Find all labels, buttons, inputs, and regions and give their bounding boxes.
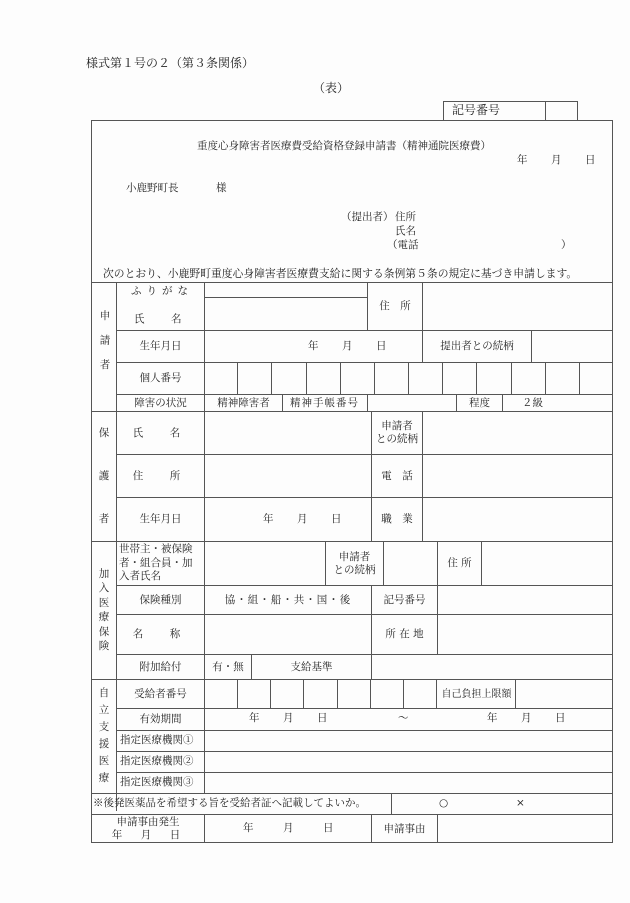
guardian-occupation-field[interactable] [423, 498, 612, 540]
guardian-cat-3: 者 [92, 498, 116, 540]
guardian-address-label: 住 所 [117, 455, 204, 497]
submitter-address-label: 住所 [395, 211, 416, 223]
personal-number-digit[interactable] [272, 362, 306, 394]
relation-to-submitter-field[interactable] [532, 331, 612, 361]
applicant-name-label: 氏 名 [134, 313, 190, 325]
guardian-cat-2: 護 [92, 455, 116, 497]
record-number-field[interactable] [546, 102, 577, 120]
recipient-number-digit[interactable] [404, 679, 437, 708]
guardian-cat-1: 保 [92, 412, 116, 454]
personal-number-digit[interactable] [204, 362, 238, 394]
side-label: （表） [313, 82, 349, 94]
insurance-relation-line2: との続柄 [334, 564, 376, 577]
insurance-address-label: 住 所 [438, 542, 481, 585]
institution-2-field[interactable] [205, 752, 612, 772]
personal-number-digit[interactable] [477, 362, 511, 394]
insurance-cat-char: 険 [99, 639, 110, 654]
form-number: 様式第１号の２（第３条関係） [86, 57, 254, 69]
occurrence-date-field[interactable] [205, 815, 370, 842]
personal-number-digit[interactable] [375, 362, 409, 394]
application-reason-field[interactable] [438, 815, 612, 842]
personal-number-digit[interactable] [580, 362, 613, 394]
header-date-day: 日 [585, 154, 596, 166]
personal-number-digit[interactable] [307, 362, 341, 394]
additional-benefit-label: 附加給付 [117, 655, 204, 679]
header-date-year: 年 [517, 154, 528, 166]
institution-1-field[interactable] [205, 731, 612, 751]
insurance-cat-char: 入 [99, 581, 110, 596]
form-title: 重度心身障害者医療費受給資格登録申請書（精神通院医療費） [197, 140, 491, 152]
application-reason-label: 申請事由 [372, 815, 437, 843]
guardian-occupation-label: 職 業 [372, 498, 422, 541]
support-cat-char: 立 [99, 702, 110, 719]
support-cat-char: 医 [99, 753, 110, 770]
payment-standard-label: 支給基準 [252, 655, 371, 679]
relation-to-submitter-label: 提出者との続柄 [423, 331, 531, 362]
occurrence-date-label: 申請事由発生 年 月 日 [92, 815, 204, 843]
personal-number-digit[interactable] [443, 362, 477, 394]
guardian-relation-line1: 申請者 [381, 420, 413, 433]
disability-status-label: 障害の状況 [117, 395, 204, 411]
submitter-name-label: 氏名 [395, 225, 416, 237]
handbook-number-field[interactable] [368, 395, 455, 410]
recipient-number-digit[interactable] [304, 679, 337, 708]
support-cat-char: 自 [99, 685, 110, 702]
guardian-birthdate-label: 生年月日 [117, 498, 204, 541]
honorific: 様 [216, 182, 227, 194]
insurance-holder-field[interactable] [205, 542, 324, 584]
personal-number-label: 個人番号 [117, 363, 204, 394]
recipient-number-digit[interactable] [271, 679, 304, 708]
occurrence-label-line2: 年 月 日 [112, 829, 185, 842]
additional-benefit-options[interactable]: 有・無 [205, 655, 251, 679]
recipient-number-label: 受給者番号 [117, 680, 204, 708]
copay-limit-label: 自己負担上限額 [438, 680, 515, 708]
applicant-category-label: 申請者 [98, 310, 111, 384]
insurance-address-field[interactable] [482, 542, 612, 584]
personal-number-digit[interactable] [409, 362, 443, 394]
personal-number-boxes [204, 362, 613, 394]
insurer-name-field[interactable] [205, 615, 370, 653]
record-number-label: 記号番号 [452, 104, 500, 116]
degree-label: 程度 [457, 395, 502, 411]
furigana-label: ふりがな [131, 285, 193, 297]
institution-2-label: 指定医療機関② [120, 755, 194, 767]
insurer-location-field[interactable] [438, 615, 612, 653]
generic-drug-question: ※後発医薬品を希望する旨を受給者証へ記載してよいか。 [93, 797, 366, 809]
guardian-birthdate-field[interactable] [205, 498, 370, 540]
holder-label-line: 入者氏名 [119, 570, 193, 584]
submitter-label: （提出者） [341, 211, 394, 223]
guardian-relation-label: 申請者 との続柄 [372, 412, 422, 454]
disability-type: 精神障害者 [205, 395, 282, 411]
personal-number-digit[interactable] [512, 362, 546, 394]
holder-label-line: 世帯主・被保険 [119, 543, 193, 557]
recipient-number-digit[interactable] [238, 679, 271, 708]
guardian-phone-label: 電 話 [372, 455, 422, 497]
support-cat-char: 支 [99, 719, 110, 736]
degree-value: ２級 [522, 397, 543, 409]
recipient-number-digit[interactable] [205, 679, 238, 708]
insurance-cat-char: 保 [99, 625, 110, 640]
submitter-phone-close: ） [561, 239, 572, 251]
guardian-name-label: 氏 名 [117, 412, 204, 454]
institution-3-label: 指定医療機関③ [120, 776, 194, 788]
support-category: 自 立 支 援 医 療 [92, 686, 116, 786]
institution-1-label: 指定医療機関① [120, 734, 194, 746]
applicant-category: 申請者 [92, 284, 116, 410]
recipient-number-digit[interactable] [371, 679, 404, 708]
guardian-relation-line2: との続柄 [376, 433, 418, 446]
guardian-address-field[interactable] [205, 455, 370, 496]
insurance-symbol-number-field[interactable] [438, 586, 612, 613]
header-date-month: 月 [551, 154, 562, 166]
occurrence-label-line1: 申請事由発生 [117, 816, 180, 829]
guardian-relation-field[interactable] [423, 412, 612, 453]
support-cat-char: 援 [99, 736, 110, 753]
applicant-name-field[interactable] [205, 298, 366, 329]
applicant-birthdate-label: 生年月日 [117, 331, 204, 362]
insurance-relation-line1: 申請者 [339, 551, 371, 564]
insurer-location-label: 所 在 地 [372, 615, 437, 654]
insurer-name-label: 名 称 [117, 615, 204, 654]
generic-drug-yes-option[interactable]: ○ [439, 797, 448, 809]
insurance-cat-char: 加 [99, 567, 110, 582]
addressee: 小鹿野町長 [126, 182, 179, 194]
submitter-phone-open: （電話 [387, 239, 419, 251]
personal-number-digit[interactable] [238, 362, 272, 394]
insurance-cat-char: 療 [99, 610, 110, 625]
support-cat-char: 療 [99, 770, 110, 787]
insurance-category: 加 入 医 療 保 険 [92, 560, 116, 660]
insurance-symbol-number-label: 記号番号 [372, 586, 437, 614]
generic-drug-no-option[interactable]: × [516, 797, 525, 809]
applicant-address-field[interactable] [423, 283, 612, 329]
validity-period-label: 有効期間 [117, 709, 204, 730]
insurance-holder-label: 世帯主・被保険 者・組合員・加 入者氏名 [119, 543, 193, 584]
applicant-birthdate-field[interactable] [205, 331, 422, 361]
payment-standard-field[interactable] [372, 655, 612, 678]
guardian-phone-field[interactable] [423, 455, 612, 496]
applicant-furigana-field[interactable] [205, 283, 366, 296]
insurance-type-options[interactable]: 協・組・船・共・国・後 [205, 586, 371, 614]
insurance-relation-field[interactable] [384, 542, 436, 584]
statement: 次のとおり、小鹿野町重度心身障害者医療費支給に関する条例第５条の規定に基づき申請… [103, 268, 577, 280]
institution-3-field[interactable] [205, 773, 612, 793]
applicant-address-label: 住 所 [368, 283, 422, 329]
insurance-type-label: 保険種別 [117, 586, 204, 614]
insurance-relation-label: 申請者 との続柄 [326, 542, 383, 585]
handbook-number-label: 精神手帳番号 [283, 395, 366, 411]
personal-number-digit[interactable] [341, 362, 375, 394]
personal-number-digit[interactable] [546, 362, 580, 394]
validity-period-field[interactable] [205, 709, 612, 729]
guardian-name-field[interactable] [205, 412, 370, 453]
copay-limit-field[interactable] [516, 680, 612, 707]
holder-label-line: 者・組合員・加 [119, 557, 193, 571]
recipient-number-digit[interactable] [338, 679, 371, 708]
recipient-number-boxes [205, 679, 437, 708]
insurance-cat-char: 医 [99, 596, 110, 611]
